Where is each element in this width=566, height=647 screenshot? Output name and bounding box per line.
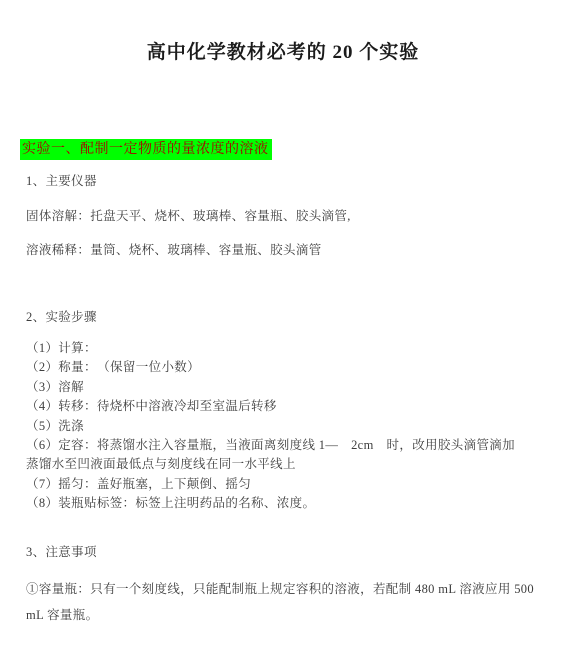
section-1-heading: 1、主要仪器 xyxy=(26,173,554,190)
section-3-heading: 3、注意事项 xyxy=(26,544,554,561)
step-7-line: （7）摇匀：盖好瓶塞，上下颠倒、摇匀 xyxy=(26,475,554,494)
step-1-line: （1）计算： xyxy=(26,339,554,358)
document-page: 高中化学教材必考的 20 个实验 实验一、配制一定物质的量浓度的溶液 1、主要仪… xyxy=(0,0,566,647)
step-6-wrap-line: 蒸馏水至凹液面最低点与刻度线在同一水平线上 xyxy=(26,455,554,474)
step-2-line: （2）称量： （保留一位小数） xyxy=(26,358,554,377)
step-4-line: （4）转移：待烧杯中溶液冷却至室温后转移 xyxy=(26,397,554,416)
experiment-1-highlighted-heading: 实验一、配制一定物质的量浓度的溶液 xyxy=(20,139,272,160)
solid-dissolution-instruments-line: 固体溶解：托盘天平、烧杯、玻璃棒、容量瓶、胶头滴管, xyxy=(26,208,554,225)
step-6-line: （6）定容：将蒸馏水注入容量瓶，当液面离刻度线 1— 2cm 时，改用胶头滴管滴… xyxy=(26,436,554,455)
step-5-line: （5）洗涤 xyxy=(26,417,554,436)
section-2-heading: 2、实验步骤 xyxy=(26,309,554,326)
note-line-2: mL 容量瓶。 xyxy=(26,602,554,628)
solution-dilution-instruments-line: 溶液稀释：量筒、烧杯、玻璃棒、容量瓶、胶头滴管 xyxy=(26,242,554,259)
experiment-steps-list: （1）计算： （2）称量： （保留一位小数） （3）溶解 （4）转移：待烧杯中溶… xyxy=(26,339,554,514)
note-paragraph: ①容量瓶：只有一个刻度线，只能配制瓶上规定容积的溶液，若配制 480 mL 溶液… xyxy=(26,576,554,628)
note-line-1: ①容量瓶：只有一个刻度线，只能配制瓶上规定容积的溶液，若配制 480 mL 溶液… xyxy=(26,576,554,602)
experiment-1-heading-row: 实验一、配制一定物质的量浓度的溶液 xyxy=(20,139,272,160)
step-3-line: （3）溶解 xyxy=(26,378,554,397)
step-8-line: （8）装瓶贴标签：标签上注明药品的名称、浓度。 xyxy=(26,494,554,513)
document-title: 高中化学教材必考的 20 个实验 xyxy=(0,40,566,66)
